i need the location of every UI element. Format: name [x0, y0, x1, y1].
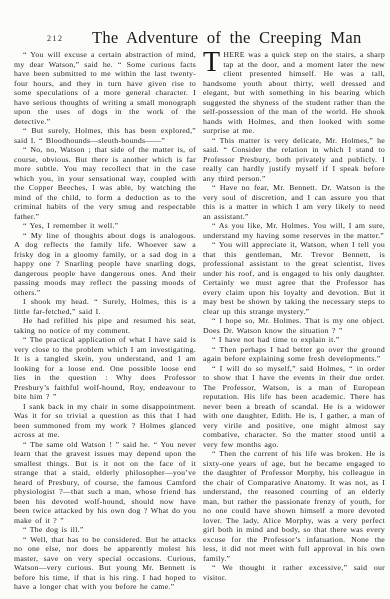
paragraph: “ Then perhaps I had better go over the …: [203, 345, 385, 364]
paragraph: “ You will excuse a certain abstraction …: [14, 50, 196, 126]
paragraph: “ The practical application of what I ha…: [14, 335, 196, 402]
page-title: The Adventure of the Creeping Man: [92, 28, 362, 48]
paragraph: “ The dog is ill.”: [14, 525, 196, 535]
paragraph: “ I will do so myself,” said Holmes, “ i…: [203, 364, 385, 450]
paragraph: “ Have no fear, Mr. Bennett. Dr. Watson …: [203, 183, 385, 221]
left-column: “ You will excuse a certain abstraction …: [14, 50, 196, 592]
paragraph: “ Yes, I remember it well.”: [14, 221, 196, 231]
page-number: 212: [47, 34, 64, 43]
paragraph: “ Then the current of his life was broke…: [203, 449, 385, 563]
paragraph: “ As you like, Mr. Holmes. You will, I a…: [203, 221, 385, 240]
paragraph: “ We thought it rather excessive,” said …: [203, 563, 385, 582]
paragraph: “ This matter is very delicate, Mr. Holm…: [203, 136, 385, 184]
paragraph: “ But surely, Holmes, this has been expl…: [14, 126, 196, 145]
paragraph: “ The same old Watson ! ” said he. “ You…: [14, 440, 196, 526]
opening-paragraph: THERE was a quick step on the stairs, a …: [203, 50, 385, 136]
paragraph: “ Well, that has to be considered. But h…: [14, 535, 196, 592]
paragraph: I shook my head. “ Surely, Holmes, this …: [14, 297, 196, 316]
paragraph: “ I have not had time to explain it.”: [203, 335, 385, 345]
right-column: THERE was a quick step on the stairs, a …: [203, 50, 385, 592]
paragraph: “ My line of thoughts about dogs is anal…: [14, 231, 196, 298]
paragraph: “ You will appreciate it, Watson, when I…: [203, 240, 385, 316]
paragraph: “ I hope so, Mr. Holmes. That is my one …: [203, 316, 385, 335]
book-page: 212 The Adventure of the Creeping Man “ …: [0, 0, 390, 599]
paragraph: “ No, no, Watson ; that side of the matt…: [14, 145, 196, 221]
text-columns: “ You will excuse a certain abstraction …: [14, 50, 385, 592]
paragraph: He had refilled his pipe and resumed his…: [14, 316, 196, 335]
paragraph: I sank back in my chair in some disappoi…: [14, 402, 196, 440]
drop-cap-letter: T: [203, 50, 223, 77]
opening-paragraph-text: HERE was a quick step on the stairs, a s…: [203, 50, 385, 135]
